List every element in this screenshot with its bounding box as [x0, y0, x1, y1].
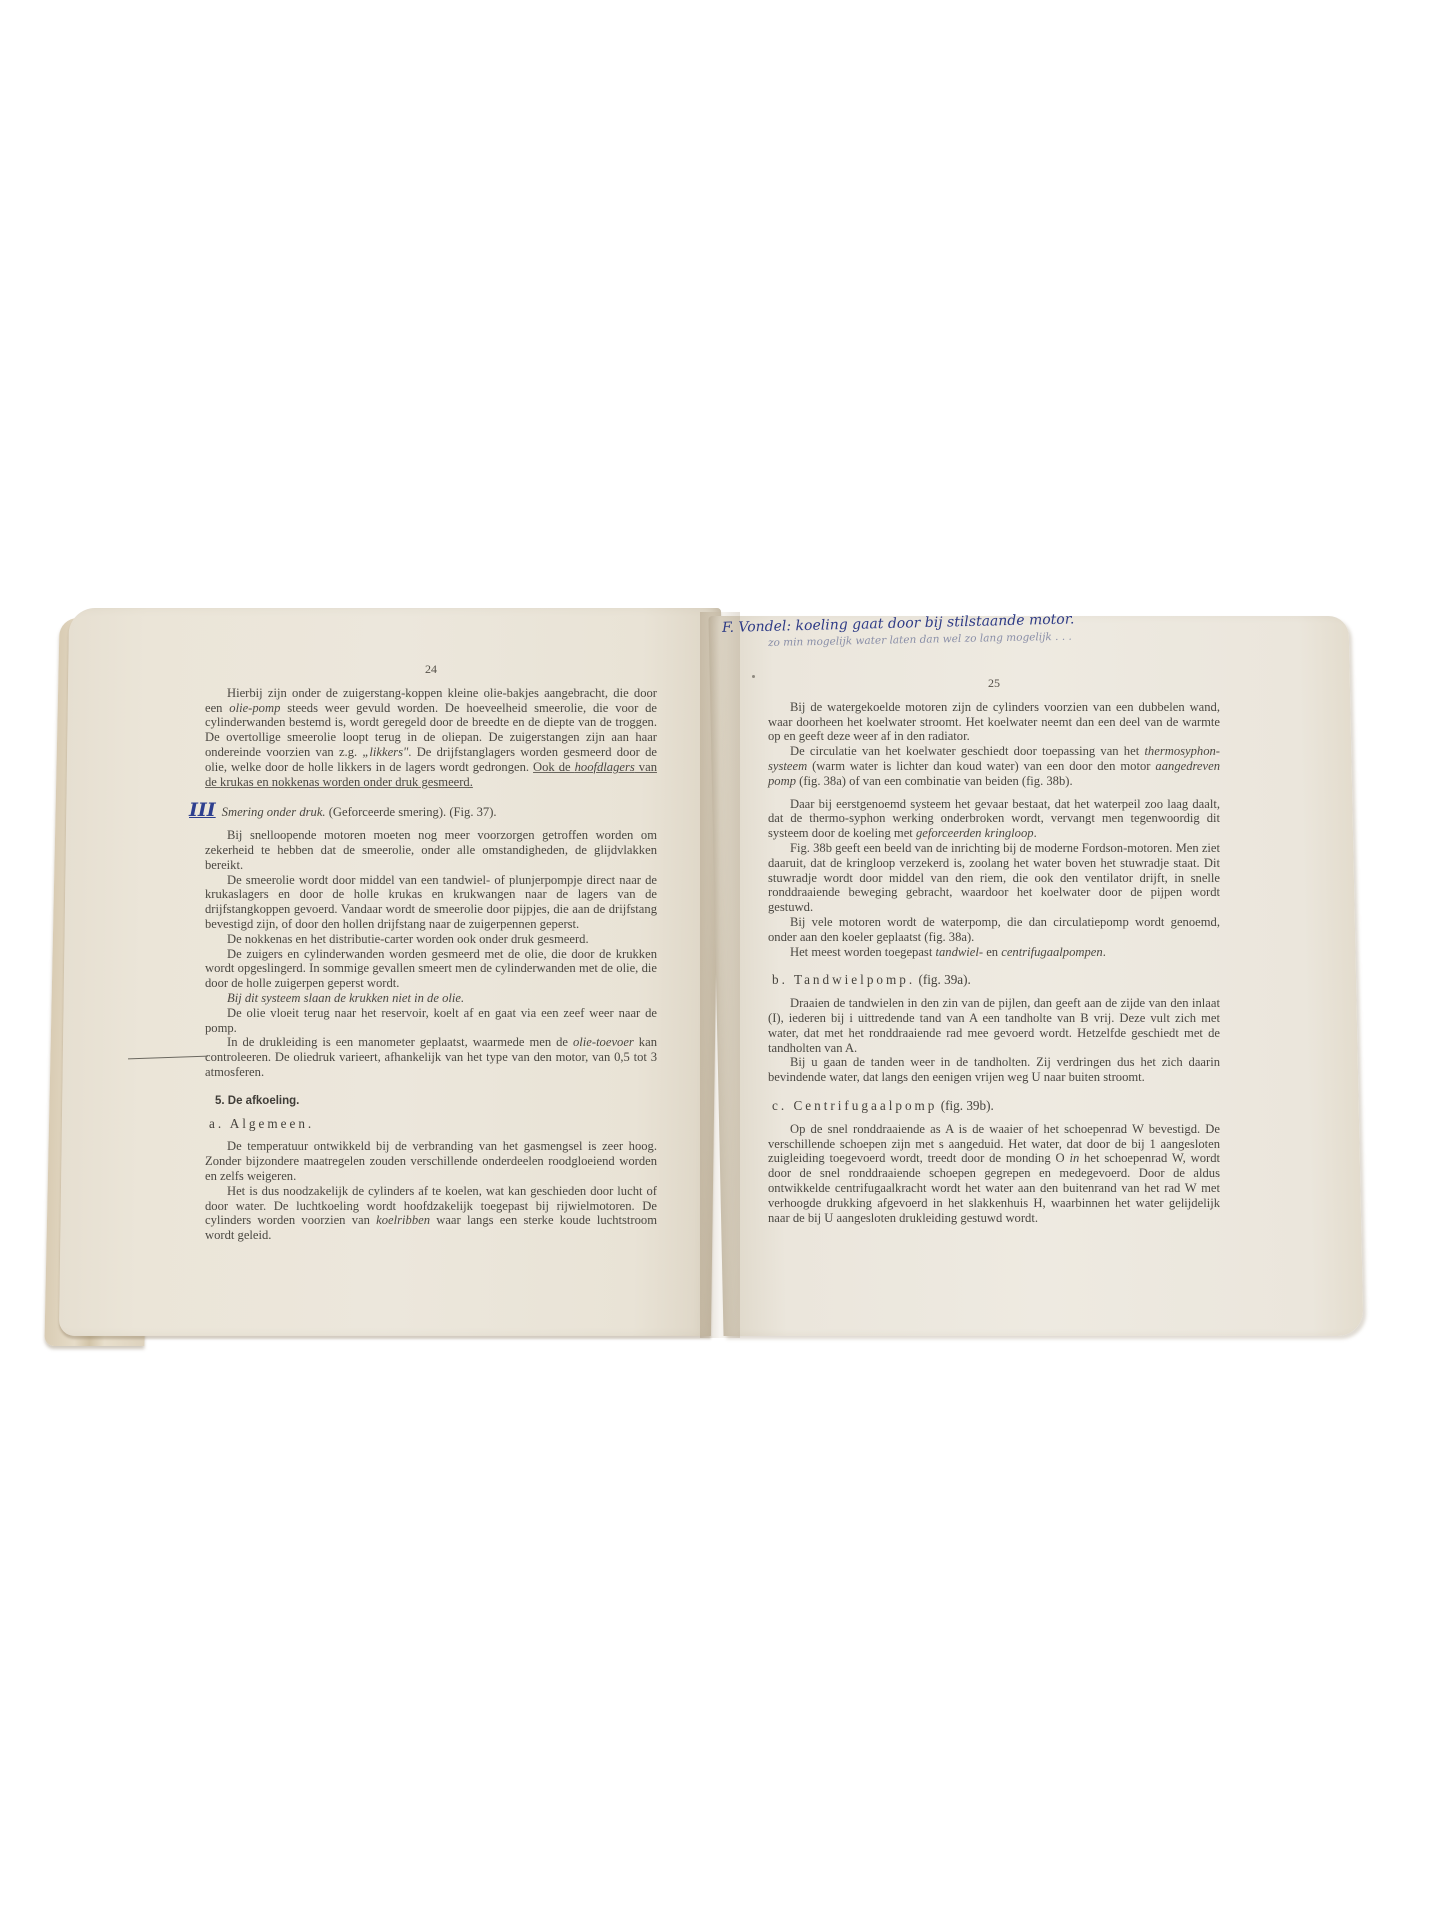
- section-heading-iii: IIISmering onder druk. (Geforceerde smer…: [189, 803, 657, 820]
- open-booklet: 24 Hierbij zijn onder de zuigerstang-kop…: [0, 0, 1440, 1920]
- paragraph: Op de snel ronddraaiende as A is de waai…: [768, 1122, 1220, 1226]
- subsection-heading-a: a. Algemeen.: [209, 1117, 657, 1132]
- right-page-text: 25 Bij de watergekoelde motoren zijn de …: [768, 676, 1220, 1225]
- paragraph: Draaien de tandwielen in den zin van de …: [768, 996, 1220, 1055]
- section-heading-5: 5. De afkoeling.: [215, 1094, 657, 1109]
- left-page-text: 24 Hierbij zijn onder de zuigerstang-kop…: [205, 662, 657, 1243]
- paragraph: Daar bij eerstgenoemd systeem het gevaar…: [768, 797, 1220, 841]
- handwritten-note: F. Vondel: koeling gaat door bij stilsta…: [722, 620, 1162, 649]
- subsection-heading-c: c. Centrifugaalpomp (fig. 39b).: [772, 1099, 1220, 1114]
- paragraph: De temperatuur ontwikkeld bij de verbran…: [205, 1139, 657, 1183]
- paragraph: De nokkenas en het distributie-carter wo…: [205, 932, 657, 947]
- paragraph: Bij de watergekoelde motoren zijn de cyl…: [768, 700, 1220, 744]
- handwritten-roman-numeral: III: [189, 799, 216, 821]
- paragraph: Bij u gaan de tanden weer in de tandholt…: [768, 1055, 1220, 1085]
- ink-dot: [752, 675, 755, 678]
- paragraph: Het meest worden toegepast tandwiel- en …: [768, 945, 1220, 960]
- page-number-left: 24: [205, 662, 657, 677]
- book-spine: [700, 612, 740, 1338]
- paragraph: Bij vele motoren wordt de waterpomp, die…: [768, 915, 1220, 945]
- paragraph: Hierbij zijn onder de zuigerstang-koppen…: [205, 686, 657, 790]
- paragraph: De zuigers en cylinderwanden worden gesm…: [205, 947, 657, 991]
- paragraph: In de drukleiding is een manometer gepla…: [205, 1035, 657, 1079]
- paragraph: Bij snelloopende motoren moeten nog meer…: [205, 828, 657, 872]
- paragraph: De olie vloeit terug naar het reservoir,…: [205, 1006, 657, 1036]
- paragraph-emphasis: Bij dit systeem slaan de krukken niet in…: [205, 991, 657, 1006]
- paragraph: De smeerolie wordt door middel van een t…: [205, 873, 657, 932]
- subsection-heading-b: b. Tandwielpomp. (fig. 39a).: [772, 973, 1220, 988]
- page-number-right: 25: [768, 676, 1220, 691]
- paragraph: Het is dus noodzakelijk de cylinders af …: [205, 1184, 657, 1243]
- paragraph: Fig. 38b geeft een beeld van de inrichti…: [768, 841, 1220, 915]
- paragraph: De circulatie van het koelwater geschied…: [768, 744, 1220, 788]
